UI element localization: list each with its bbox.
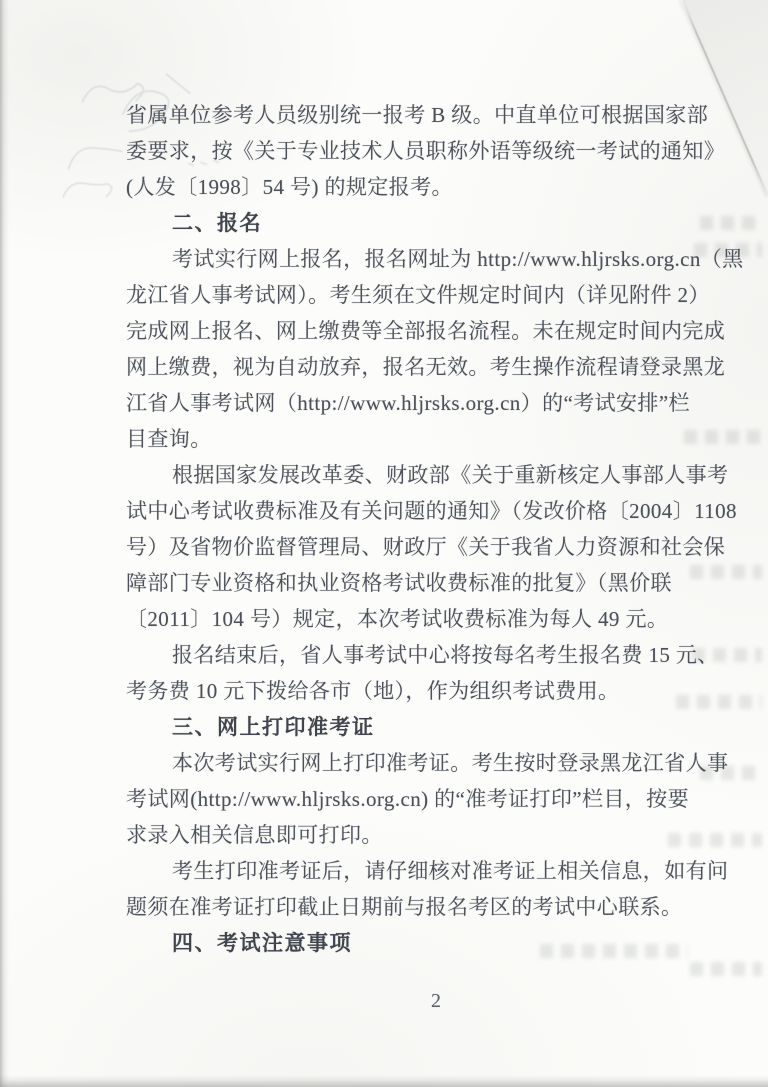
text-line-content: 考生打印准考证后，请仔细核对准考证上相关信息，如有问 — [172, 859, 728, 883]
scan-left-edge-shadow — [0, 0, 9, 1087]
text-line-content: 龙江省人事考试网）。考生须在文件规定时间内（详见附件 2） — [126, 283, 710, 307]
text-line: 网上缴费，视为自动放弃，报名无效。考生操作流程请登录黑龙 — [126, 349, 716, 385]
text-line: 试中心考试收费标准及有关问题的通知》（发改价格〔2004〕1108 — [126, 493, 716, 529]
text-line-content: 目查询。 — [126, 427, 212, 451]
document-body: 省属单位参考人员级别统一报考 B 级。中直单位可根据国家部委要求，按《关于专业技… — [126, 97, 716, 961]
text-line-content: 试中心考试收费标准及有关问题的通知》（发改价格〔2004〕1108 — [126, 499, 737, 523]
text-line-content: 省属单位参考人员级别统一报考 B 级。中直单位可根据国家部 — [126, 103, 708, 127]
text-line-content: 障部门专业资格和执业资格考试收费标准的批复》（黑价联 — [126, 571, 672, 595]
text-line: 〔2011〕104 号）规定，本次考试收费标准为每人 49 元。 — [126, 601, 716, 637]
scan-page: 省属单位参考人员级别统一报考 B 级。中直单位可根据国家部委要求，按《关于专业技… — [0, 0, 768, 1087]
text-line: 三、网上打印准考证 — [126, 709, 716, 745]
text-line-content: (人发〔1998〕54 号) 的规定报考。 — [126, 175, 453, 199]
text-line: (人发〔1998〕54 号) 的规定报考。 — [126, 169, 716, 205]
text-line: 目查询。 — [126, 421, 716, 457]
text-line-content: 号）及省物价监督管理局、财政厅《关于我省人力资源和社会保 — [126, 535, 725, 559]
text-line-content: 〔2011〕104 号）规定，本次考试收费标准为每人 49 元。 — [126, 607, 668, 631]
text-line: 障部门专业资格和执业资格考试收费标准的批复》（黑价联 — [126, 565, 716, 601]
scan-bottom-edge-shadow — [0, 1075, 768, 1087]
text-line: 根据国家发展改革委、财政部《关于重新核定人事部人事考 — [126, 457, 716, 493]
text-line: 考务费 10 元下拨给各市（地），作为组织考试费用。 — [126, 673, 716, 709]
text-line-content: 报名结束后，省人事考试中心将按每名考生报名费 15 元、 — [172, 643, 719, 667]
text-line-content: 二、报名 — [172, 211, 262, 235]
text-line: 题须在准考证打印截止日期前与报名考区的考试中心联系。 — [126, 889, 716, 925]
text-line: 号）及省物价监督管理局、财政厅《关于我省人力资源和社会保 — [126, 529, 716, 565]
text-line: 考试网(http://www.hljrsks.org.cn) 的“准考证打印”栏… — [126, 781, 716, 817]
text-line: 完成网上报名、网上缴费等全部报名流程。未在规定时间内完成 — [126, 313, 716, 349]
text-line: 考试实行网上报名，报名网址为 http://www.hljrsks.org.cn… — [126, 241, 716, 277]
text-line: 本次考试实行网上打印准考证。考生按时登录黑龙江省人事 — [126, 745, 716, 781]
text-line-content: 题须在准考证打印截止日期前与报名考区的考试中心联系。 — [126, 895, 682, 919]
text-line: 委要求，按《关于专业技术人员职称外语等级统一考试的通知》 — [126, 133, 716, 169]
text-line: 求录入相关信息即可打印。 — [126, 817, 716, 853]
text-line: 四、考试注意事项 — [126, 925, 716, 961]
text-line-content: 考务费 10 元下拨给各市（地），作为组织考试费用。 — [126, 679, 619, 703]
text-line: 龙江省人事考试网）。考生须在文件规定时间内（详见附件 2） — [126, 277, 716, 313]
text-line: 考生打印准考证后，请仔细核对准考证上相关信息，如有问 — [126, 853, 716, 889]
text-line-content: 四、考试注意事项 — [172, 931, 352, 955]
text-line-content: 江省人事考试网（http://www.hljrsks.org.cn）的“考试安排… — [126, 391, 690, 415]
text-line-content: 考试实行网上报名，报名网址为 http://www.hljrsks.org.cn… — [172, 247, 744, 271]
text-line-content: 三、网上打印准考证 — [172, 715, 375, 739]
text-line-content: 本次考试实行网上打印准考证。考生按时登录黑龙江省人事 — [172, 751, 728, 775]
text-line-content: 考试网(http://www.hljrsks.org.cn) 的“准考证打印”栏… — [126, 787, 689, 811]
text-line: 省属单位参考人员级别统一报考 B 级。中直单位可根据国家部 — [126, 97, 716, 133]
text-line-content: 根据国家发展改革委、财政部《关于重新核定人事部人事考 — [172, 463, 728, 487]
text-line-content: 完成网上报名、网上缴费等全部报名流程。未在规定时间内完成 — [126, 319, 725, 343]
text-line-content: 网上缴费，视为自动放弃，报名无效。考生操作流程请登录黑龙 — [126, 355, 725, 379]
page-number: 2 — [424, 990, 448, 1013]
text-line: 报名结束后，省人事考试中心将按每名考生报名费 15 元、 — [126, 637, 716, 673]
text-line-content: 求录入相关信息即可打印。 — [126, 823, 383, 847]
text-line: 江省人事考试网（http://www.hljrsks.org.cn）的“考试安排… — [126, 385, 716, 421]
text-line-content: 委要求，按《关于专业技术人员职称外语等级统一考试的通知》 — [126, 139, 725, 163]
bleedthrough-ghost — [690, 962, 762, 976]
text-line: 二、报名 — [126, 205, 716, 241]
